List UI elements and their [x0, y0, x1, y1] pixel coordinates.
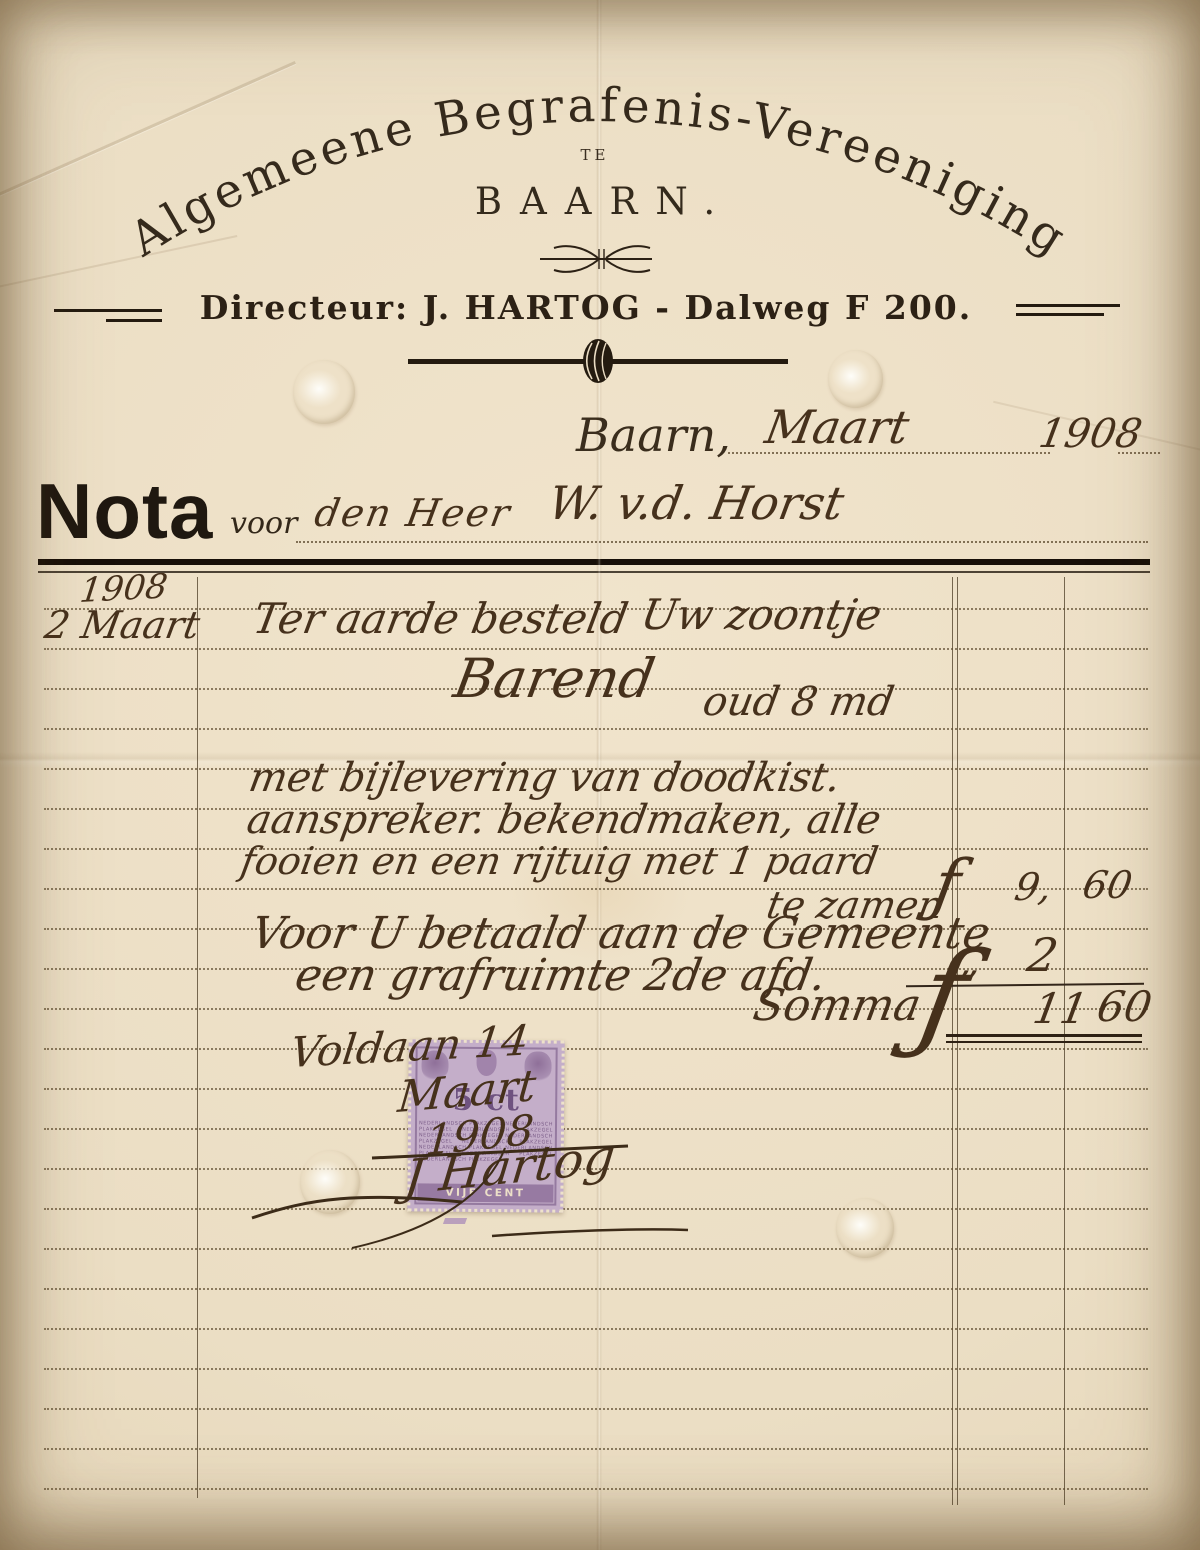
flourish-ornament [540, 246, 652, 272]
signature-flourishes [252, 1146, 688, 1248]
signature-underline [492, 1229, 688, 1236]
invoice-document: TE BAARN. Directeur: J. HARTOG - Dalweg … [0, 0, 1200, 1550]
arch-title: Algemeene Begrafenis-Vereeniging [119, 78, 1077, 268]
decorative-overlay: Algemeene Begrafenis-Vereeniging [0, 0, 1200, 1550]
year-strikethrough [372, 1146, 628, 1158]
lens-divider [408, 339, 788, 383]
